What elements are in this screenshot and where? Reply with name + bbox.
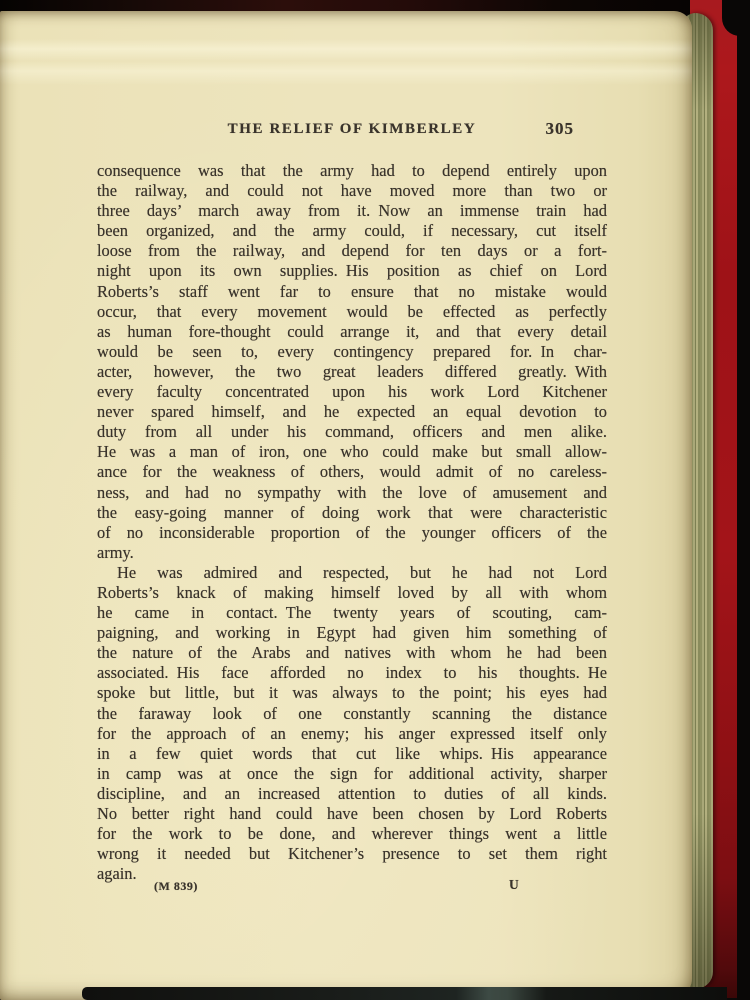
running-header: THE RELIEF OF KIMBERLEY 305 (97, 118, 607, 140)
background-corner (722, 0, 750, 36)
paragraph: He was admired and respected, but he had… (97, 563, 607, 885)
text-line: as human fore-thought could arrange it, … (97, 322, 607, 342)
text-line: for the work to be done, and wherever th… (97, 824, 607, 844)
text-line: for the approach of an enemy; his anger … (97, 724, 607, 744)
text-line: He was a man of iron, one who could make… (97, 442, 607, 462)
text-line: ance for the weakness of others, would a… (97, 462, 607, 482)
body-text: consequence was that the army had to dep… (97, 161, 607, 884)
text-line: the faraway look of one constantly scann… (97, 704, 607, 724)
text-line: duty from all under his command, officer… (97, 422, 607, 442)
background-right (737, 0, 750, 1000)
bottom-edge-shadow (82, 987, 727, 1000)
text-line: acter, however, the two great leaders di… (97, 362, 607, 382)
text-line: night upon its own supplies. His positio… (97, 261, 607, 281)
page-footer: (M 839) U (97, 877, 607, 895)
text-line: three days’ march away from it. Now an i… (97, 201, 607, 221)
paragraph: consequence was that the army had to dep… (97, 161, 607, 563)
text-line: in camp was at once the sign for additio… (97, 764, 607, 784)
text-line: loose from the railway, and depend for t… (97, 241, 607, 261)
text-line: the railway, and could not have moved mo… (97, 181, 607, 201)
text-line: every faculty concentrated upon his work… (97, 382, 607, 402)
text-line: in a few quiet words that cut like whips… (97, 744, 607, 764)
text-line: would be seen to, every contingency prep… (97, 342, 607, 362)
header-title: THE RELIEF OF KIMBERLEY (97, 118, 607, 140)
signature-mark: U (509, 877, 519, 893)
text-line: never spared himself, and he expected an… (97, 402, 607, 422)
text-line: Roberts’s knack of making himself loved … (97, 583, 607, 603)
printers-mark: (M 839) (154, 879, 198, 894)
text-line: been organized, and the army could, if n… (97, 221, 607, 241)
text-line: he came in contact. The twenty years of … (97, 603, 607, 623)
text-line: spoke but little, but it was always to t… (97, 683, 607, 703)
text-line: paigning, and working in Egypt had given… (97, 623, 607, 643)
text-line: wrong it needed but Kitchener’s presence… (97, 844, 607, 864)
text-line: associated. His face afforded no index t… (97, 663, 607, 683)
text-line: discipline, and an increased attention t… (97, 784, 607, 804)
text-line: He was admired and respected, but he had… (97, 563, 607, 583)
text-line: of no inconsiderable proportion of the y… (97, 523, 607, 543)
text-line: No better right hand could have been cho… (97, 804, 607, 824)
page-number: 305 (546, 118, 575, 140)
text-line: the easy-going manner of doing work that… (97, 503, 607, 523)
text-line: consequence was that the army had to dep… (97, 161, 607, 181)
text-line: occur, that every movement would be effe… (97, 302, 607, 322)
paper-page: THE RELIEF OF KIMBERLEY 305 consequence … (0, 11, 692, 1000)
text-line: ness, and had no sympathy with the love … (97, 483, 607, 503)
text-line: army. (97, 543, 607, 563)
text-line: the nature of the Arabs and natives with… (97, 643, 607, 663)
text-line: Roberts’s staff went far to ensure that … (97, 282, 607, 302)
